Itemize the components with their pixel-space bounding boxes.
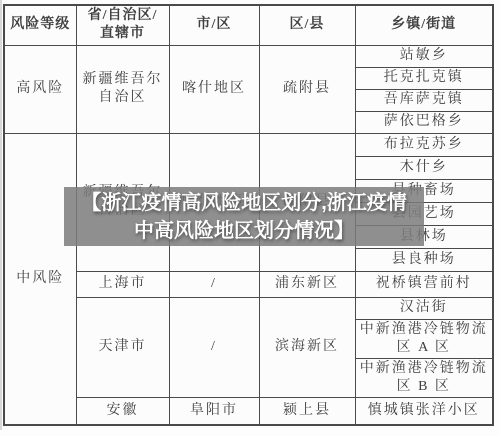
cell-high-risk-label: 高风险: [4, 45, 76, 133]
cell-medium-shanghai-city: /: [169, 271, 259, 297]
cell-high-township-4: 萨依巴格乡: [355, 111, 493, 133]
cell-high-township-2: 托克扎克镇: [355, 67, 493, 89]
cell-medium-xinjiang-township-1: 布拉克苏乡: [355, 133, 493, 156]
cell-high-city: 喀什地区: [169, 45, 259, 133]
cell-medium-tianjin-city: /: [169, 297, 259, 397]
cell-high-county: 疏附县: [259, 45, 355, 133]
table-row: 中风险 新疆维吾尔 自治区 喀什地区 疏附县 布拉克苏乡: [4, 133, 493, 156]
cell-medium-shanghai-province: 上海市: [76, 271, 169, 297]
header-city: 市/区: [169, 5, 259, 45]
cell-medium-anhui-city: 阜阳市: [169, 397, 259, 425]
cell-high-township-1: 站敏乡: [355, 45, 493, 67]
page: 风险等级 省/自治区/ 直辖市 市/区 区/县 乡镇/街道 高风险 新疆维吾尔 …: [0, 0, 500, 436]
table-row: 安徽 阜阳市 颍上县 慎城镇张洋小区: [4, 397, 493, 425]
cell-medium-tianjin-province: 天津市: [76, 297, 169, 397]
cell-medium-xinjiang-township-2: 木什乡: [355, 156, 493, 179]
table-row: 天津市 / 滨海新区 汉沽街: [4, 297, 493, 319]
cell-medium-tianjin-township-3: 中新渔港冷链物流 区 B 区: [355, 358, 493, 397]
cell-medium-tianjin-county: 滨海新区: [259, 297, 355, 397]
watermark-title-overlay: 【浙江疫情高风险地区划分,浙江疫情 中高风险地区划分情况】: [64, 187, 424, 246]
cell-high-township-3: 吾库萨克镇: [355, 89, 493, 111]
cell-medium-anhui-township: 慎城镇张洋小区: [355, 397, 493, 425]
cell-medium-xinjiang-township-6: 县良种场: [355, 248, 493, 271]
cell-medium-anhui-county: 颍上县: [259, 397, 355, 425]
header-risk-level: 风险等级: [4, 5, 76, 45]
table-row: 高风险 新疆维吾尔 自治区 喀什地区 疏附县 站敏乡: [4, 45, 493, 67]
cell-medium-anhui-province: 安徽: [76, 397, 169, 425]
header-province: 省/自治区/ 直辖市: [76, 5, 169, 45]
cell-medium-shanghai-township: 祝桥镇营前村: [355, 271, 493, 297]
cell-medium-risk-label: 中风险: [4, 133, 76, 425]
cell-medium-tianjin-township-2: 中新渔港冷链物流 区 A 区: [355, 319, 493, 358]
left-edge-strip: [0, 0, 2, 430]
header-township: 乡镇/街道: [355, 5, 493, 45]
cell-medium-tianjin-township-1: 汉沽街: [355, 297, 493, 319]
header-row: 风险等级 省/自治区/ 直辖市 市/区 区/县 乡镇/街道: [4, 5, 493, 45]
cell-medium-shanghai-county: 浦东新区: [259, 271, 355, 297]
cell-high-province: 新疆维吾尔 自治区: [76, 45, 169, 133]
table-row: 上海市 / 浦东新区 祝桥镇营前村: [4, 271, 493, 297]
header-county: 区/县: [259, 5, 355, 45]
